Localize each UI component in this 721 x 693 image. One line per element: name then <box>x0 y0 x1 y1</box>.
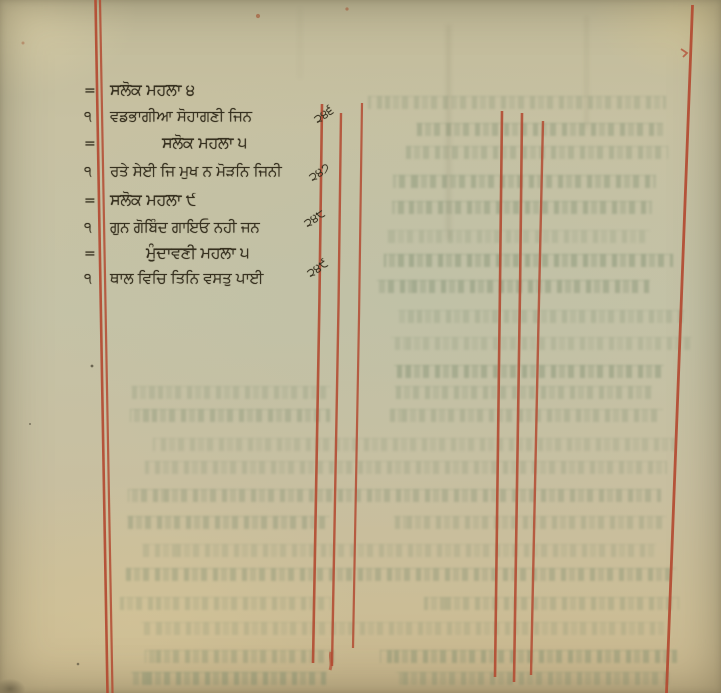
bleed-text-row <box>126 568 676 581</box>
manuscript-page: =ਸਲੋਕ ਮਹਲਾ ੪ ੧ਵਡਭਾਗੀਆ ਸੋਹਾਗਣੀ ਜਿਨ =ਸਲੋਕ … <box>0 0 721 693</box>
bleed-text-row <box>120 597 331 610</box>
bleed-text-row <box>141 622 664 635</box>
bleed-text-row <box>390 409 663 422</box>
entry-text: ਰਤੇ ਸੇਈ ਜਿ ਮੁਖ ਨ ਮੋੜਨਿ ਜਿਨੀ <box>110 162 282 180</box>
bleed-text-row <box>393 175 656 188</box>
bleed-text-row <box>394 365 664 378</box>
bleed-text-row <box>127 516 330 529</box>
index-entry: ੧ਵਡਭਾਗੀਆ ਸੋਹਾਗਣੀ ਜਿਨ <box>84 106 252 128</box>
entry-text: ਸਲੋਕ ਮਹਲਾ ੪ <box>110 80 195 99</box>
entry-text: ਸਲੋਕ ਮਹਲਾ ੯ <box>110 190 196 209</box>
bleed-text-row <box>416 123 663 136</box>
index-entry: ੧ਰਤੇ ਸੇਈ ਜਿ ਮੁਖ ਨ ਮੋੜਨਿ ਜਿਨੀ <box>84 161 282 183</box>
crease-mark <box>299 8 301 78</box>
index-entry-header: =ਸਲੋਕ ਮਹਲਾ ੪ <box>84 80 195 102</box>
entry-text: ਗੁਨ ਗੋਬਿੰਦ ਗਾਇਓ ਨਹੀ ਜਨ <box>110 218 259 236</box>
bleed-text-row <box>391 337 692 350</box>
entry-marker: ੧ <box>84 109 110 125</box>
index-entry-header: =ਸਲੋਕ ਮਹਲਾ ੫ <box>84 133 247 155</box>
index-entry-header: =ਸਲੋਕ ਮਹਲਾ ੯ <box>84 190 196 212</box>
index-entry: ੧ਗੁਨ ਗੋਬਿੰਦ ਗਾਇਓ ਨਹੀ ਜਨ <box>84 217 259 239</box>
bleed-text-row <box>145 461 667 474</box>
entry-text: ਸਲੋਕ ਮਹਲਾ ੫ <box>162 133 247 152</box>
bleed-text-row <box>394 386 652 399</box>
bleed-text-row <box>384 254 673 267</box>
crease-mark <box>585 16 588 128</box>
bleed-text-row <box>131 386 331 399</box>
entry-text: ਥਾਲ ਵਿਚਿ ਤਿਨਿ ਵਸਤੁ ਪਾਈ <box>110 269 263 287</box>
bleed-text-row <box>396 672 669 685</box>
entry-marker: = <box>84 136 110 152</box>
bleed-text-row <box>393 516 666 529</box>
crease-mark <box>447 25 450 240</box>
bleed-text-row <box>131 672 327 685</box>
bleed-text-row <box>368 96 666 109</box>
bleed-text-row <box>406 146 668 159</box>
bleed-text-row <box>380 650 677 663</box>
entry-marker: ੧ <box>84 164 110 180</box>
entry-text: ਮੁੰਦਾਵਣੀ ਮਹਲਾ ੫ <box>146 243 249 262</box>
entry-marker: = <box>84 83 110 99</box>
index-entry-header: =ਮੁੰਦਾਵਣੀ ਮਹਲਾ ੫ <box>84 243 249 265</box>
bleed-text-row <box>153 438 675 451</box>
bleed-text-row <box>142 544 656 557</box>
entry-text: ਵਡਭਾਗੀਆ ਸੋਹਾਗਣੀ ਜਿਨ <box>110 107 252 125</box>
bleed-text-row <box>377 280 650 293</box>
index-entry: ੧ਥਾਲ ਵਿਚਿ ਤਿਨਿ ਵਸਤੁ ਪਾਈ <box>84 268 263 290</box>
entry-marker: ੧ <box>84 271 110 287</box>
bleed-text-row <box>392 201 652 214</box>
entry-marker: = <box>84 246 110 262</box>
bleed-text-row <box>387 230 650 243</box>
bleed-text-row <box>130 409 330 422</box>
bleed-text-row <box>128 489 661 502</box>
bleed-through-region <box>0 0 721 693</box>
bleed-text-row <box>424 597 679 610</box>
entry-marker: ੧ <box>84 220 110 236</box>
bleed-text-row <box>145 650 334 663</box>
bleed-text-row <box>398 310 685 323</box>
entry-marker: = <box>84 193 110 209</box>
